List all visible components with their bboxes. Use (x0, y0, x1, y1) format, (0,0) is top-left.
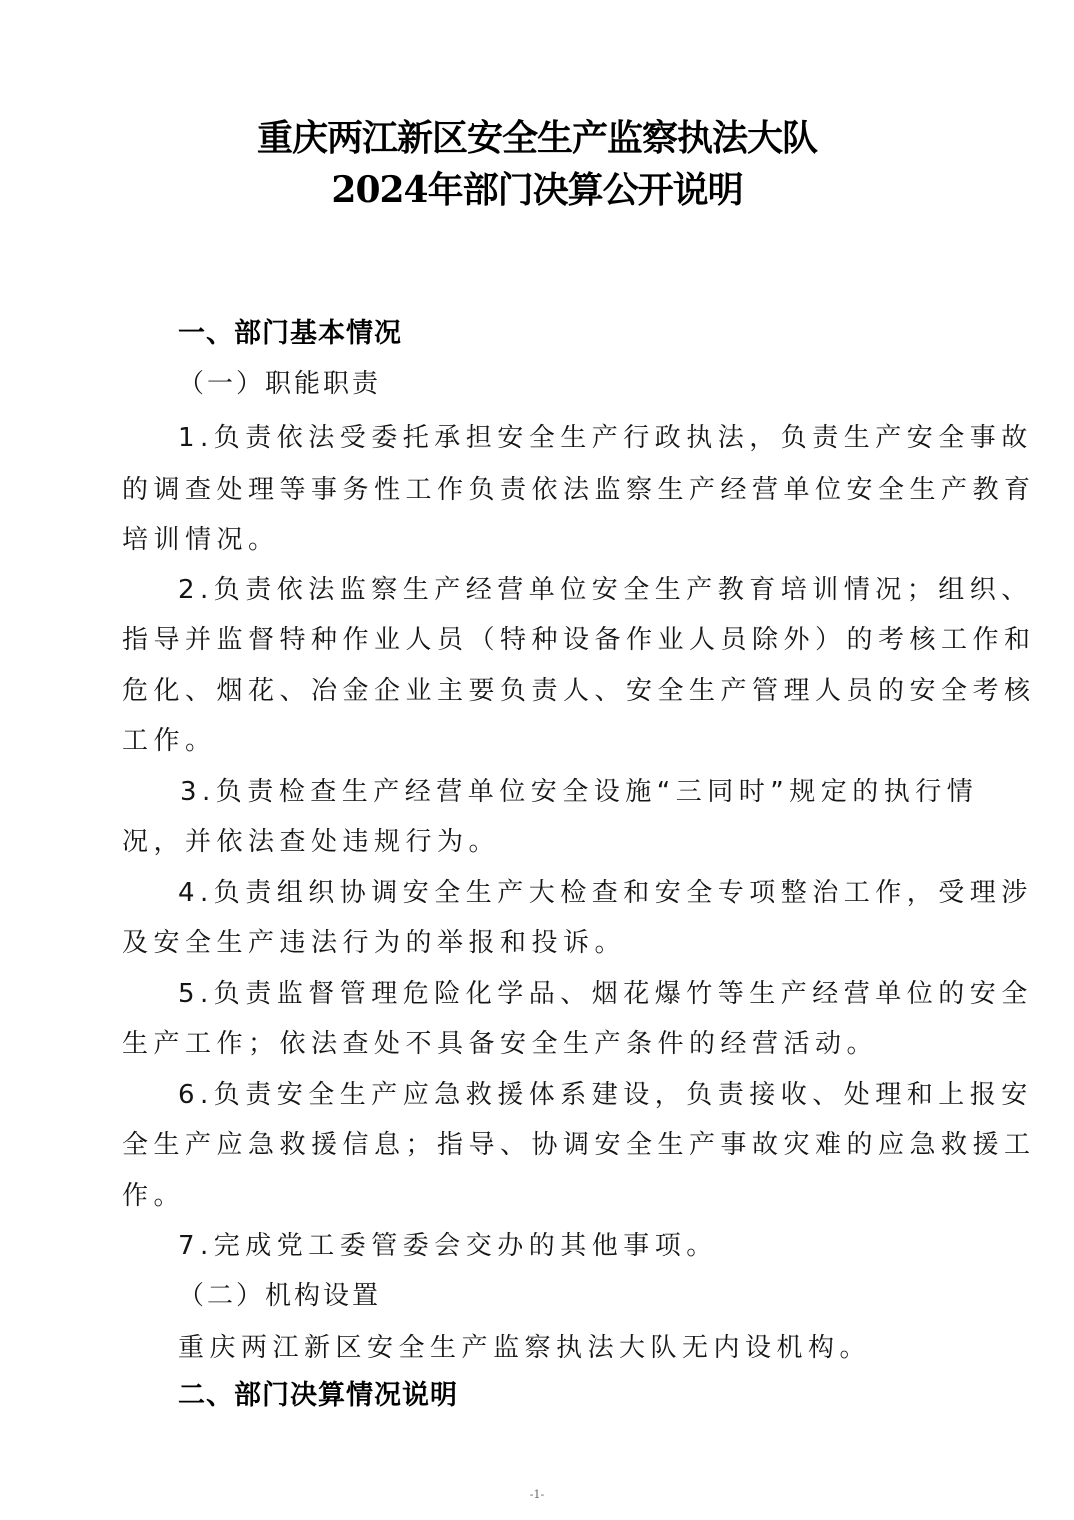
duty-item-4-line-2: 及安全生产违法行为的举报和投诉。 (122, 927, 962, 959)
document-page: 重庆两江新区安全生产监察执法大队 2024年部门决算公开说明 一、部门基本情况 … (0, 0, 1074, 1520)
subsection-heading-duties: （一）职能职责 (178, 368, 1018, 400)
duty-item-5-line-1: 5.负责监督管理危险化学品、烟花爆竹等生产经营单位的安全 (178, 978, 1018, 1010)
duty-item-6-line-3: 作。 (122, 1180, 962, 1212)
page-number: -1- (0, 1488, 1074, 1501)
duty-item-1-line-2: 的调查处理等事务性工作负责依法监察生产经营单位安全生产教育 (122, 474, 962, 506)
duty-item-6-line-2: 全生产应急救援信息；指导、协调安全生产事故灾难的应急救援工 (122, 1129, 962, 1161)
duty-item-3-line-1: 3.负责检查生产经营单位安全设施“三同时”规定的执行情 (180, 776, 1020, 808)
duty-item-3-line-2: 况，并依法查处违规行为。 (122, 826, 962, 858)
duty-item-1-line-1: 1.负责依法受委托承担安全生产行政执法，负责生产安全事故 (178, 422, 1018, 454)
duty-item-2-line-1: 2.负责依法监察生产经营单位安全生产教育培训情况；组织、 (178, 574, 1018, 606)
duty-item-2-line-4: 工作。 (122, 725, 962, 757)
organization-body: 重庆两江新区安全生产监察执法大队无内设机构。 (178, 1332, 1018, 1364)
document-title-line1: 重庆两江新区安全生产监察执法大队 (0, 110, 1074, 161)
duty-item-6-line-1: 6.负责安全生产应急救援体系建设，负责接收、处理和上报安 (178, 1079, 1018, 1111)
duty-item-2-line-3: 危化、烟花、冶金企业主要负责人、安全生产管理人员的安全考核 (122, 675, 962, 707)
section-heading-final-accounts: 二、部门决算情况说明 (178, 1380, 1018, 1412)
duty-item-2-line-2: 指导并监督特种作业人员（特种设备作业人员除外）的考核工作和 (122, 624, 962, 656)
duty-item-5-line-2: 生产工作；依法查处不具备安全生产条件的经营活动。 (122, 1028, 962, 1060)
subsection-heading-organization: （二）机构设置 (178, 1280, 1018, 1312)
document-title-line2: 2024年部门决算公开说明 (0, 162, 1074, 213)
duty-item-1-line-3: 培训情况。 (122, 524, 962, 556)
duty-item-4-line-1: 4.负责组织协调安全生产大检查和安全专项整治工作，受理涉 (178, 877, 1018, 909)
duty-item-7-line-1: 7.完成党工委管委会交办的其他事项。 (178, 1230, 1018, 1262)
section-heading-basic-info: 一、部门基本情况 (178, 318, 1018, 350)
